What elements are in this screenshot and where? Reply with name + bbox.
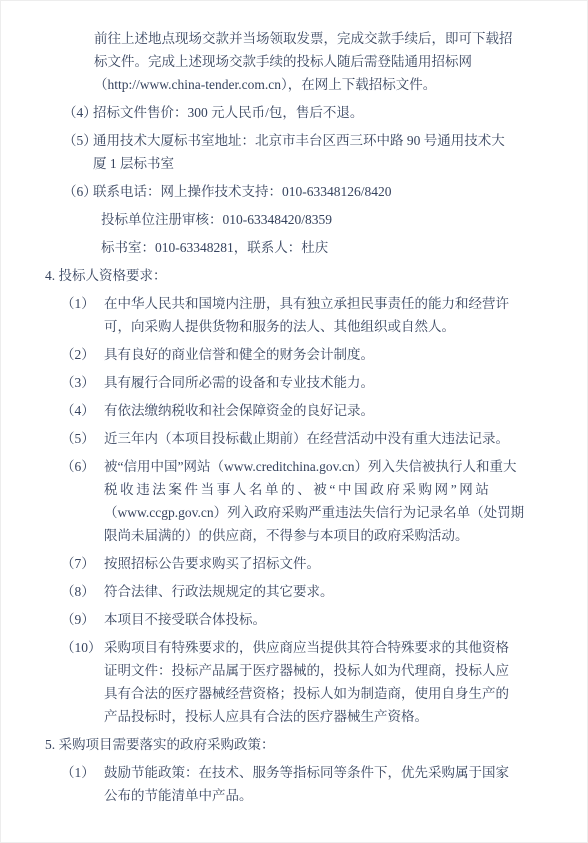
list-item-body: 符合法律、行政法规规定的其它要求。 [104,580,587,603]
list-item-marker: （9） [61,608,104,631]
list-item-marker: （4） [63,101,93,124]
list-item-marker: （3） [61,371,104,394]
payment-instructions-paragraph: 前往上述地点现场交款并当场领取发票，完成交款手续后，即可下载招 标文件。完成上述… [94,27,547,96]
qualification-item-6: （6） 被“信用中国”网站（www.creditchina.gov.cn）列入失… [1,455,587,547]
list-item-line: 鼓励节能政策：在技术、服务等指标同等条件下，优先采购属于国家 [104,761,587,784]
list-item-body: 联系电话：网上操作技术支持：010-63348126/8420 [93,180,587,203]
registration-review-phone-line: 投标单位注册审核：010-63348420/8359 [101,208,587,231]
list-item-body: 有依法缴纳税收和社会保障资金的良好记录。 [104,399,587,422]
section-4-heading: 4. 投标人资格要求： [45,264,587,287]
paragraph-line: 前往上述地点现场交款并当场领取发票，完成交款手续后，即可下载招 [94,27,547,50]
list-item-line: 产品投标时，投标人应具有合法的医疗器械生产资格。 [104,705,587,728]
ccgp-website-line: （www.ccgp.gov.cn）列入政府采购严重违法失信行为记录名单（处罚期 [104,501,587,524]
list-item-line: 有依法缴纳税收和社会保障资金的良好记录。 [104,399,587,422]
tech-support-phone-line: 联系电话：网上操作技术支持：010-63348126/8420 [93,180,587,203]
list-item-line: 在中华人民共和国境内注册，具有独立承担民事责任的能力和经营许 [104,292,587,315]
list-item-body: 按照招标公告要求购买了招标文件。 [104,552,587,575]
list-item-body: 在中华人民共和国境内注册，具有独立承担民事责任的能力和经营许 可，向采购人提供货… [104,292,587,338]
list-item-line: 厦 1 层标书室 [93,152,587,175]
paragraph-line: 标文件。完成上述现场交款手续的投标人随后需登陆通用招标网 [94,50,547,73]
qualification-item-4: （4） 有依法缴纳税收和社会保障资金的良好记录。 [1,399,587,422]
notice-item-contact-phones: （6） 联系电话：网上操作技术支持：010-63348126/8420 [1,180,587,203]
notice-item-tender-room-address: （5） 通用技术大厦标书室地址：北京市丰台区西三环中路 90 号通用技术大 厦 … [1,129,587,175]
list-item-body: 本项目不接受联合体投标。 [104,608,587,631]
list-item-marker: （7） [61,552,104,575]
list-item-marker: （10） [61,636,104,659]
list-item-line: 近三年内（本项目投标截止期前）在经营活动中没有重大违法记录。 [104,427,587,450]
list-item-body: 鼓励节能政策：在技术、服务等指标同等条件下，优先采购属于国家 公布的节能清单中产… [104,761,587,807]
list-item-marker: （5） [63,129,93,152]
list-item-line: 招标文件售价：300 元人民币/包，售后不退。 [93,101,587,124]
tender-document-page: 前往上述地点现场交款并当场领取发票，完成交款手续后，即可下载招 标文件。完成上述… [0,0,588,843]
qualification-item-8: （8） 符合法律、行政法规规定的其它要求。 [1,580,587,603]
list-item-line: 采购项目有特殊要求的，供应商应当提供其符合特殊要求的其他资格 [104,636,587,659]
list-item-body: 通用技术大厦标书室地址：北京市丰台区西三环中路 90 号通用技术大 厦 1 层标… [93,129,587,175]
list-item-line: 可，向采购人提供货物和服务的法人、其他组织或自然人。 [104,315,587,338]
list-item-marker: （8） [61,580,104,603]
list-item-marker: （4） [61,399,104,422]
list-item-marker: （1） [61,292,104,315]
list-item-body: 具有良好的商业信誉和健全的财务会计制度。 [104,343,587,366]
qualification-item-1: （1） 在中华人民共和国境内注册，具有独立承担民事责任的能力和经营许 可，向采购… [1,292,587,338]
list-item-body: 招标文件售价：300 元人民币/包，售后不退。 [93,101,587,124]
list-item-line: 通用技术大厦标书室地址：北京市丰台区西三环中路 90 号通用技术大 [93,129,587,152]
tender-room-phone-line: 标书室：010-63348281，联系人：杜庆 [101,236,587,259]
policy-item-1: （1） 鼓励节能政策：在技术、服务等指标同等条件下，优先采购属于国家 公布的节能… [1,761,587,807]
list-item-line: 限尚未届满的）的供应商，不得参与本项目的政府采购活动。 [104,524,587,547]
qualification-item-3: （3） 具有履行合同所必需的设备和专业技术能力。 [1,371,587,394]
list-item-line: 按照招标公告要求购买了招标文件。 [104,552,587,575]
tender-website-url-line: （http://www.china-tender.com.cn），在网上下载招标… [94,73,547,96]
list-item-body: 具有履行合同所必需的设备和专业技术能力。 [104,371,587,394]
list-item-line: 具有良好的商业信誉和健全的财务会计制度。 [104,343,587,366]
list-item-line: 具有履行合同所必需的设备和专业技术能力。 [104,371,587,394]
list-item-marker: （6） [63,180,93,203]
section-5-heading: 5. 采购项目需要落实的政府采购政策： [45,733,587,756]
qualification-item-7: （7） 按照招标公告要求购买了招标文件。 [1,552,587,575]
list-item-body: 近三年内（本项目投标截止期前）在经营活动中没有重大违法记录。 [104,427,587,450]
list-item-marker: （1） [61,761,104,784]
list-item-line: 符合法律、行政法规规定的其它要求。 [104,580,587,603]
list-item-line: 具有合法的医疗器械经营资格；投标人如为制造商，使用自身生产的 [104,682,587,705]
list-item-marker: （2） [61,343,104,366]
qualification-item-2: （2） 具有良好的商业信誉和健全的财务会计制度。 [1,343,587,366]
notice-item-document-price: （4） 招标文件售价：300 元人民币/包，售后不退。 [1,101,587,124]
qualification-item-5: （5） 近三年内（本项目投标截止期前）在经营活动中没有重大违法记录。 [1,427,587,450]
list-item-body: 被“信用中国”网站（www.creditchina.gov.cn）列入失信被执行… [104,455,587,547]
list-item-line: 本项目不接受联合体投标。 [104,608,587,631]
qualification-item-10: （10） 采购项目有特殊要求的，供应商应当提供其符合特殊要求的其他资格 证明文件… [1,636,587,728]
list-item-marker: （6） [61,455,104,478]
list-item-body: 采购项目有特殊要求的，供应商应当提供其符合特殊要求的其他资格 证明文件：投标产品… [104,636,587,728]
list-item-marker: （5） [61,427,104,450]
list-item-line: 证明文件：投标产品属于医疗器械的，投标人如为代理商，投标人应 [104,659,587,682]
list-item-line: 公布的节能清单中产品。 [104,784,587,807]
qualification-item-9: （9） 本项目不接受联合体投标。 [1,608,587,631]
creditchina-website-line: 被“信用中国”网站（www.creditchina.gov.cn）列入失信被执行… [104,455,587,478]
list-item-line: 税收违法案件当事人名单的、被“中国政府采购网”网站 [104,478,587,501]
